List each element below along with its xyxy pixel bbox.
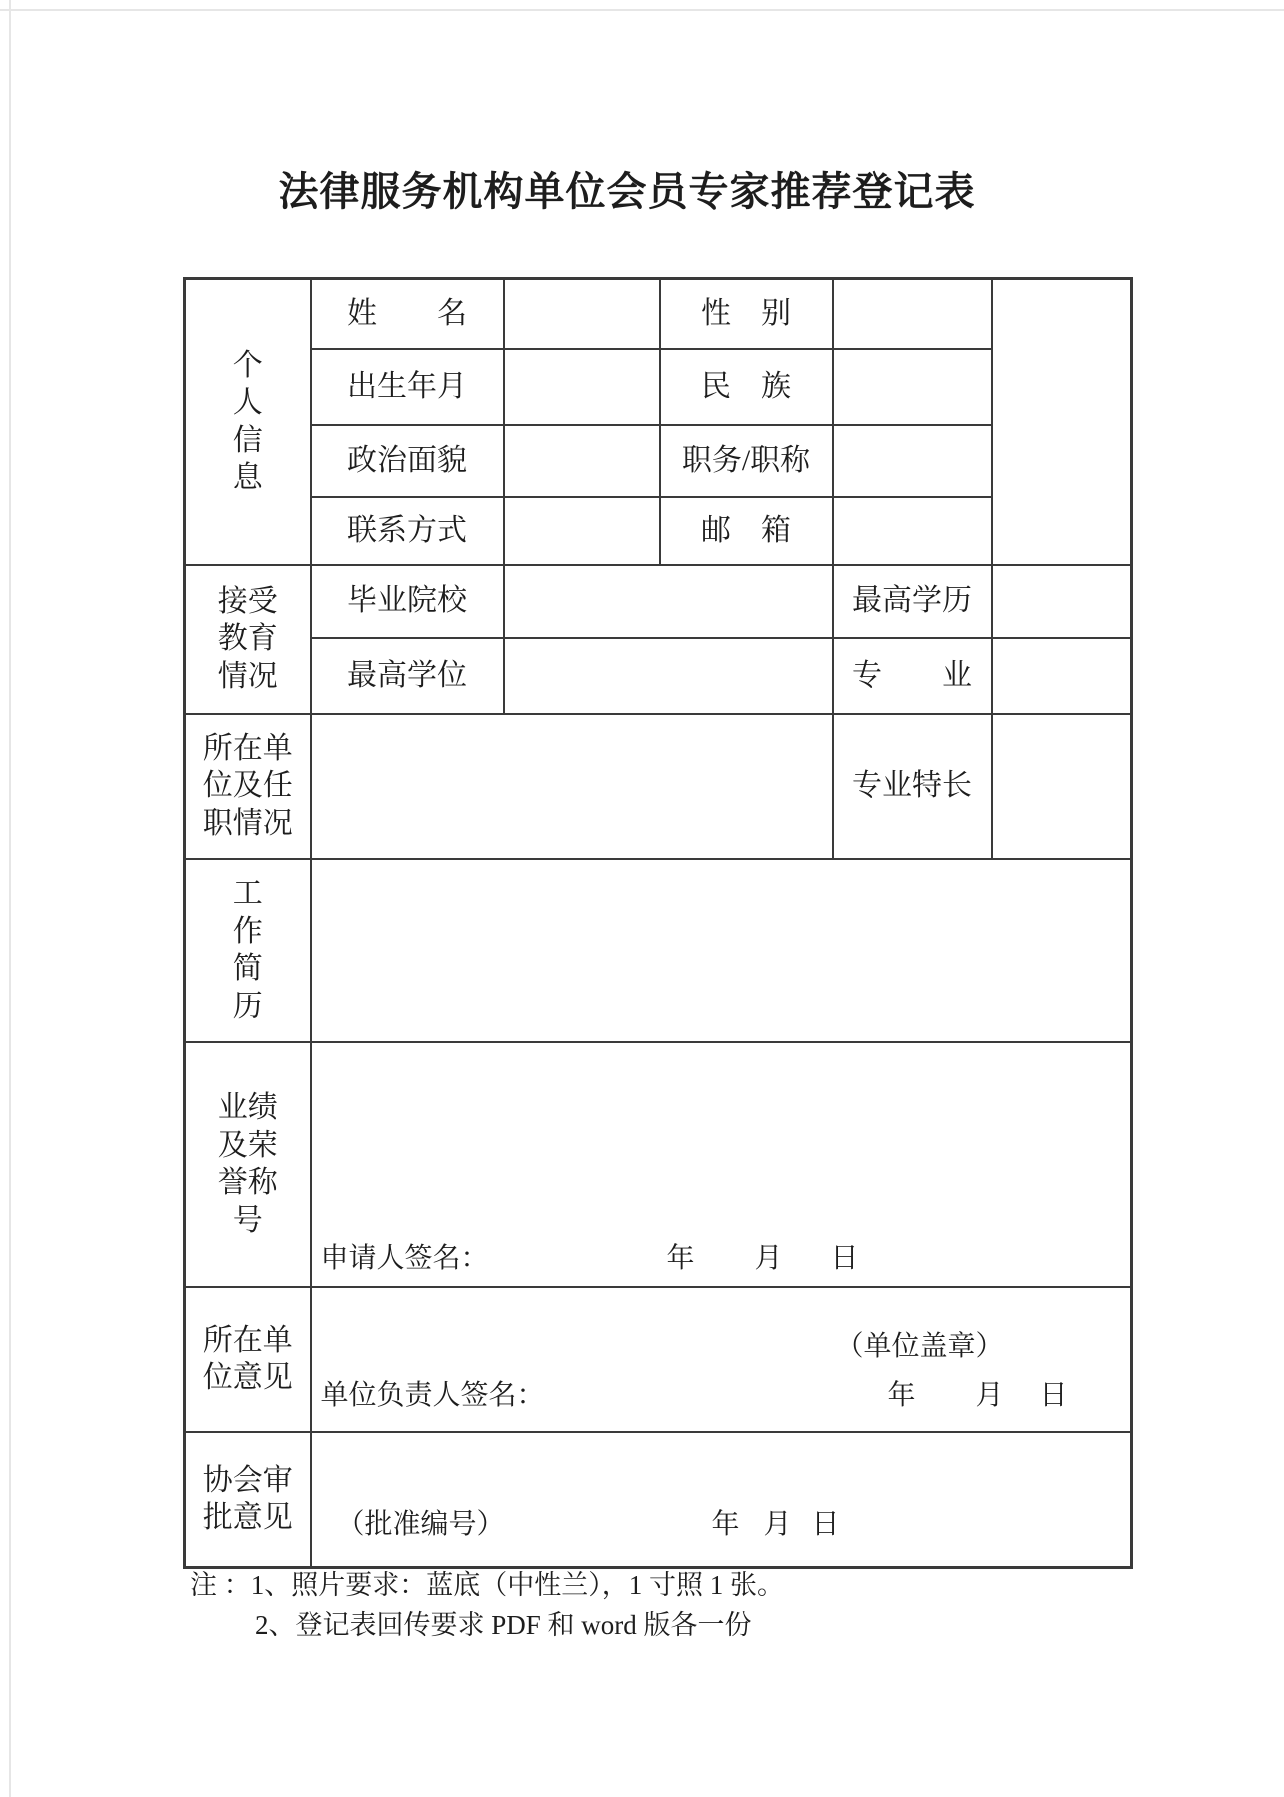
- section-label-achievements: 业绩 及荣 誉称 号: [185, 1042, 311, 1287]
- highest-education-value-cell[interactable]: [992, 565, 1132, 638]
- label-name: 姓 名: [311, 279, 504, 349]
- label-specialty: 专业特长: [833, 714, 992, 859]
- page-edge-line-vertical: [9, 0, 11, 1797]
- note-line-1: 注 ：1、照片要求：蓝底（中性兰），1 寸照 1 张。: [190, 1568, 784, 1602]
- page-edge-line-horizontal: [0, 9, 1284, 11]
- document-page: 法律服务机构单位会员专家推荐登记表 个 人 信 息 姓 名 性 别 出生年月 民…: [0, 0, 1284, 1797]
- applicant-day-label: 日: [831, 1242, 859, 1276]
- label-position-title: 职务/职称: [660, 425, 833, 497]
- unit-year-label: 年: [888, 1379, 916, 1413]
- section-label-work-resume: 工 作 简 历: [185, 859, 311, 1042]
- name-value-cell[interactable]: [504, 279, 660, 349]
- achievements-value-cell[interactable]: 申请人签名： 年 月 日: [311, 1042, 1132, 1287]
- label-ethnicity: 民 族: [660, 349, 833, 425]
- highest-degree-value-cell[interactable]: [504, 638, 833, 714]
- approval-number-label: （批准编号）: [337, 1508, 505, 1542]
- graduate-school-value-cell[interactable]: [504, 565, 833, 638]
- association-opinion-cell[interactable]: （批准编号） 年 月 日: [311, 1432, 1132, 1568]
- unit-opinion-cell[interactable]: （单位盖章） 单位负责人签名： 年 月 日: [311, 1287, 1132, 1432]
- work-resume-value-cell[interactable]: [311, 859, 1132, 1042]
- label-gender: 性 别: [660, 279, 833, 349]
- specialty-value-cell[interactable]: [992, 714, 1132, 859]
- section-label-personal-info: 个 人 信 息: [185, 279, 311, 565]
- association-month-label: 月: [764, 1508, 792, 1542]
- political-status-value-cell[interactable]: [504, 425, 660, 497]
- applicant-year-label: 年: [667, 1242, 695, 1276]
- unit-head-signature-label: 单位负责人签名：: [321, 1379, 545, 1413]
- label-birth-date: 出生年月: [311, 349, 504, 425]
- section-label-education: 接受 教育 情况: [185, 565, 311, 714]
- contact-value-cell[interactable]: [504, 497, 660, 565]
- ethnicity-value-cell[interactable]: [833, 349, 992, 425]
- label-email: 邮 箱: [660, 497, 833, 565]
- label-major: 专 业: [833, 638, 992, 714]
- note-line-2: 2、登记表回传要求 PDF 和 word 版各一份: [255, 1608, 784, 1642]
- label-political-status: 政治面貌: [311, 425, 504, 497]
- section-label-unit-opinion: 所在单 位意见: [185, 1287, 311, 1432]
- label-contact: 联系方式: [311, 497, 504, 565]
- label-graduate-school: 毕业院校: [311, 565, 504, 638]
- applicant-signature-label: 申请人签名：: [321, 1242, 489, 1276]
- unit-day-label: 日: [1040, 1379, 1068, 1413]
- position-title-value-cell[interactable]: [833, 425, 992, 497]
- association-year-label: 年: [712, 1508, 740, 1542]
- registration-form-table: 个 人 信 息 姓 名 性 别 出生年月 民 族 政治面貌 职务/职称 联系方式…: [183, 277, 1133, 1569]
- form-title: 法律服务机构单位会员专家推荐登记表: [0, 160, 1254, 217]
- major-value-cell[interactable]: [992, 638, 1132, 714]
- label-highest-education: 最高学历: [833, 565, 992, 638]
- birth-date-value-cell[interactable]: [504, 349, 660, 425]
- employer-position-value-cell[interactable]: [311, 714, 833, 859]
- unit-seal-label: （单位盖章）: [836, 1330, 1004, 1364]
- photo-cell[interactable]: [992, 279, 1132, 565]
- section-label-association-opinion: 协会审 批意见: [185, 1432, 311, 1568]
- label-highest-degree: 最高学位: [311, 638, 504, 714]
- email-value-cell[interactable]: [833, 497, 992, 565]
- footnotes: 注 ：1、照片要求：蓝底（中性兰），1 寸照 1 张。 2、登记表回传要求 PD…: [190, 1568, 784, 1642]
- association-day-label: 日: [812, 1508, 840, 1542]
- section-label-employer: 所在单 位及任 职情况: [185, 714, 311, 859]
- applicant-month-label: 月: [755, 1242, 783, 1276]
- unit-month-label: 月: [976, 1379, 1004, 1413]
- gender-value-cell[interactable]: [833, 279, 992, 349]
